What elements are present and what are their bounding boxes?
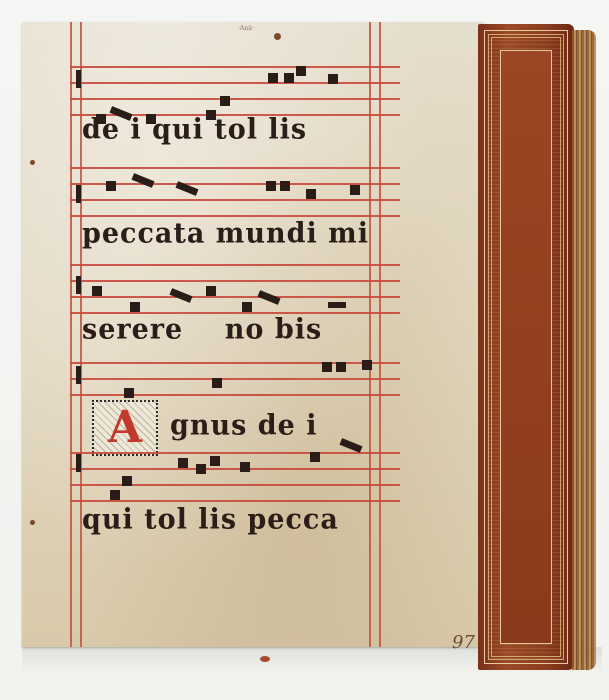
lyric-line: peccata mundi mi [82,217,369,250]
margin-rule [369,22,371,647]
stitch-hole [30,160,35,165]
clef-icon [76,366,81,384]
header-mark: ·Anii· [238,25,254,32]
lyric-line: gnus de i [170,409,317,442]
lyric-line: de i qui tol lis [82,113,307,146]
margin-rule [70,22,72,647]
stitch-hole [274,33,281,40]
clef-icon [76,185,81,203]
leather-binding [478,24,574,670]
stitch-hole [30,520,35,525]
clef-icon [76,454,81,472]
stain [260,656,270,662]
lyric-line: qui tol lis pecca [82,503,339,536]
manuscript-leaf: ·Anii· de i qui tol lis [22,22,484,647]
illuminated-initial: A [92,400,158,456]
clef-icon [76,276,81,294]
center-panel [500,50,552,644]
photo-scene: ·Anii· de i qui tol lis [0,0,609,700]
book-spine-edge [572,30,596,670]
margin-rule [379,22,381,647]
folio-number: 97 [452,632,475,653]
clef-icon [76,70,81,88]
lyric-line: serere no bis [82,313,322,346]
